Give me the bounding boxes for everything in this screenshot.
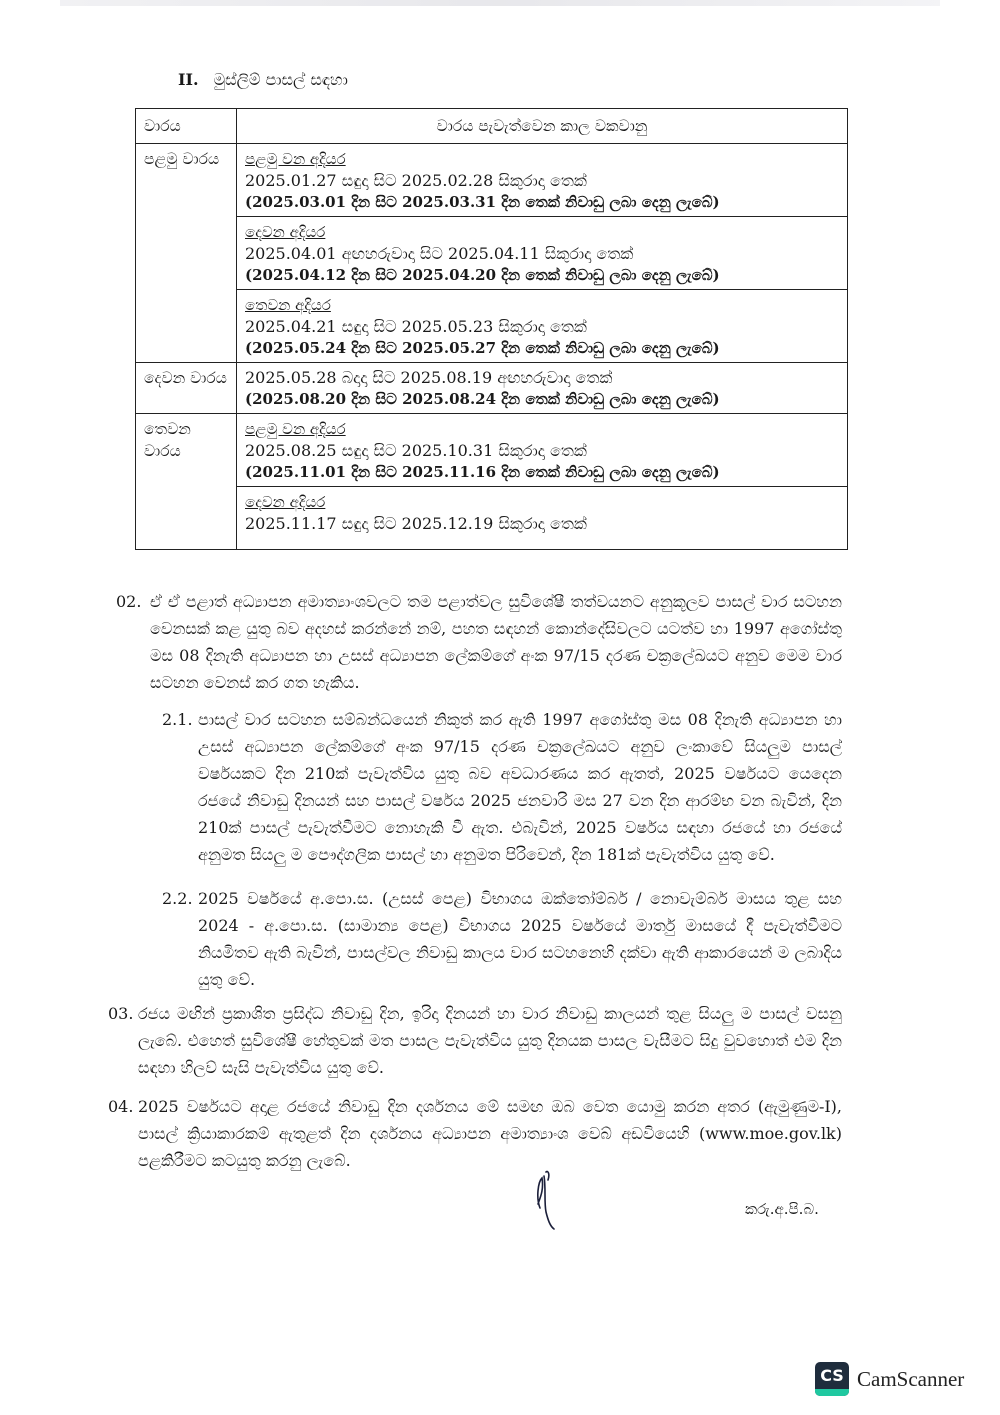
- phase-cell: දෙවන අදියර 2025.04.01 අඟහරුවාදා සිට 2025…: [237, 217, 848, 290]
- paragraph-text: රජය මඟින් ප්‍රකාශිත ප්‍රසිද්ධ නිවාඩු දින…: [138, 1004, 842, 1077]
- phase-cell: 2025.05.28 බදාදා සිට 2025.08.19 අඟහරුවාද…: [237, 363, 848, 414]
- phase-cell: පළමු වන අදියර 2025.08.25 සඳුදා සිට 2025.…: [237, 414, 848, 487]
- section-title-text: මුස්ලිම් පාසල් සඳහා: [214, 70, 348, 89]
- phase-cell: තෙවන අදියර 2025.04.21 සඳුදා සිට 2025.05.…: [237, 290, 848, 363]
- section-number: II.: [178, 70, 199, 89]
- paragraph-03: 03. රජය මඟින් ප්‍රකාශිත ප්‍රසිද්ධ නිවාඩු…: [138, 1000, 842, 1081]
- paragraph-04: 04. 2025 වර්ෂයට අදාළ රජයේ නිවාඩු දින දර්…: [138, 1093, 842, 1174]
- paragraph-2-1: 2.1. පාසල් වාර සටහන සම්බන්ධයෙන් නිකුත් ක…: [198, 706, 842, 868]
- camscanner-watermark: CS CamScanner: [815, 1362, 964, 1396]
- paragraph-number: 04.: [108, 1093, 133, 1120]
- phase-label: තෙවන අදියර: [245, 294, 839, 316]
- table-row: තෙවන අදියර 2025.04.21 සඳුදා සිට 2025.05.…: [136, 290, 848, 363]
- phase-label: දෙවන අදියර: [245, 221, 839, 243]
- phase-dates: 2025.04.01 අඟහරුවාදා සිට 2025.04.11 සිකු…: [245, 243, 839, 265]
- header-period: වාරය පැවැත්වෙන කාල වකවානු: [237, 109, 848, 144]
- phase-cell: පළමු වන අදියර 2025.01.27 සඳුදා සිට 2025.…: [237, 144, 848, 217]
- phase-cell: දෙවන අදියර 2025.11.17 සඳුදා සිට 2025.12.…: [237, 487, 848, 550]
- phase-dates: 2025.11.17 සඳුදා සිට 2025.12.19 සිකුරාදා…: [245, 513, 839, 535]
- paragraph-number: 02.: [116, 588, 141, 615]
- holiday-note: (2025.05.24 දින සිට 2025.05.27 දින තෙක් …: [245, 338, 839, 358]
- phase-label: පළමු වන අදියර: [245, 418, 839, 440]
- holiday-note: (2025.03.01 දින සිට 2025.03.31 දින තෙක් …: [245, 192, 839, 212]
- table-row: දෙවන වාරය 2025.05.28 බදාදා සිට 2025.08.1…: [136, 363, 848, 414]
- table-header-row: වාරය වාරය පැවැත්වෙන කාල වකවානු: [136, 109, 848, 144]
- section-heading: II. මුස්ලිම් පාසල් සඳහා: [178, 70, 348, 90]
- paragraph-number: 03.: [108, 1000, 133, 1027]
- paragraph-text: පාසල් වාර සටහන සම්බන්ධයෙන් නිකුත් කර ඇති…: [198, 710, 842, 864]
- paragraph-text: 2025 වර්ෂයේ අ.පො.ස. (උසස් පෙළ) විභාගය ඔක…: [198, 889, 842, 989]
- term-cell: තෙවන වාරය: [136, 414, 237, 550]
- phase-dates: 2025.05.28 බදාදා සිට 2025.08.19 අඟහරුවාද…: [245, 367, 839, 389]
- phase-dates: 2025.08.25 සඳුදා සිට 2025.10.31 සිකුරාදා…: [245, 440, 839, 462]
- table-row: පළමු වාරය පළමු වන අදියර 2025.01.27 සඳුදා…: [136, 144, 848, 217]
- signature-label: කරු.අ.පි.බ.: [745, 1200, 819, 1218]
- paragraph-02: 02. ඒ ඒ පළාත් අධ්‍යාපන අමාත්‍යාංශවලට තම …: [150, 588, 842, 696]
- phase-label: දෙවන අදියර: [245, 491, 839, 513]
- paragraph-2-2: 2.2. 2025 වර්ෂයේ අ.පො.ස. (උසස් පෙළ) විභා…: [198, 885, 842, 993]
- phase-label: පළමු වන අදියර: [245, 148, 839, 170]
- camscanner-logo-icon: CS: [815, 1362, 849, 1396]
- holiday-note: (2025.04.12 දින සිට 2025.04.20 දින තෙක් …: [245, 265, 839, 285]
- term-cell: දෙවන වාරය: [136, 363, 237, 414]
- scan-edge-artifact: [60, 0, 940, 6]
- handwritten-signature: [532, 1168, 562, 1230]
- table-row: තෙවන වාරය පළමු වන අදියර 2025.08.25 සඳුදා…: [136, 414, 848, 487]
- term-cell: පළමු වාරය: [136, 144, 237, 363]
- paragraph-number: 2.1.: [162, 706, 193, 733]
- term-schedule-table: වාරය වාරය පැවැත්වෙන කාල වකවානු පළමු වාරය…: [135, 108, 848, 550]
- phase-dates: 2025.01.27 සඳුදා සිට 2025.02.28 සිකුරාදා…: [245, 170, 839, 192]
- table-row: දෙවන අදියර 2025.11.17 සඳුදා සිට 2025.12.…: [136, 487, 848, 550]
- holiday-note: (2025.11.01 දින සිට 2025.11.16 දින තෙක් …: [245, 462, 839, 482]
- header-term: වාරය: [136, 109, 237, 144]
- camscanner-name: CamScanner: [857, 1367, 964, 1392]
- paragraph-number: 2.2.: [162, 885, 193, 912]
- paragraph-text: 2025 වර්ෂයට අදාළ රජයේ නිවාඩු දින දර්ශනය …: [138, 1097, 842, 1170]
- holiday-note: (2025.08.20 දින සිට 2025.08.24 දින තෙක් …: [245, 389, 839, 409]
- table-row: දෙවන අදියර 2025.04.01 අඟහරුවාදා සිට 2025…: [136, 217, 848, 290]
- phase-dates: 2025.04.21 සඳුදා සිට 2025.05.23 සිකුරාදා…: [245, 316, 839, 338]
- paragraph-text: ඒ ඒ පළාත් අධ්‍යාපන අමාත්‍යාංශවලට තම පළාත…: [150, 592, 842, 692]
